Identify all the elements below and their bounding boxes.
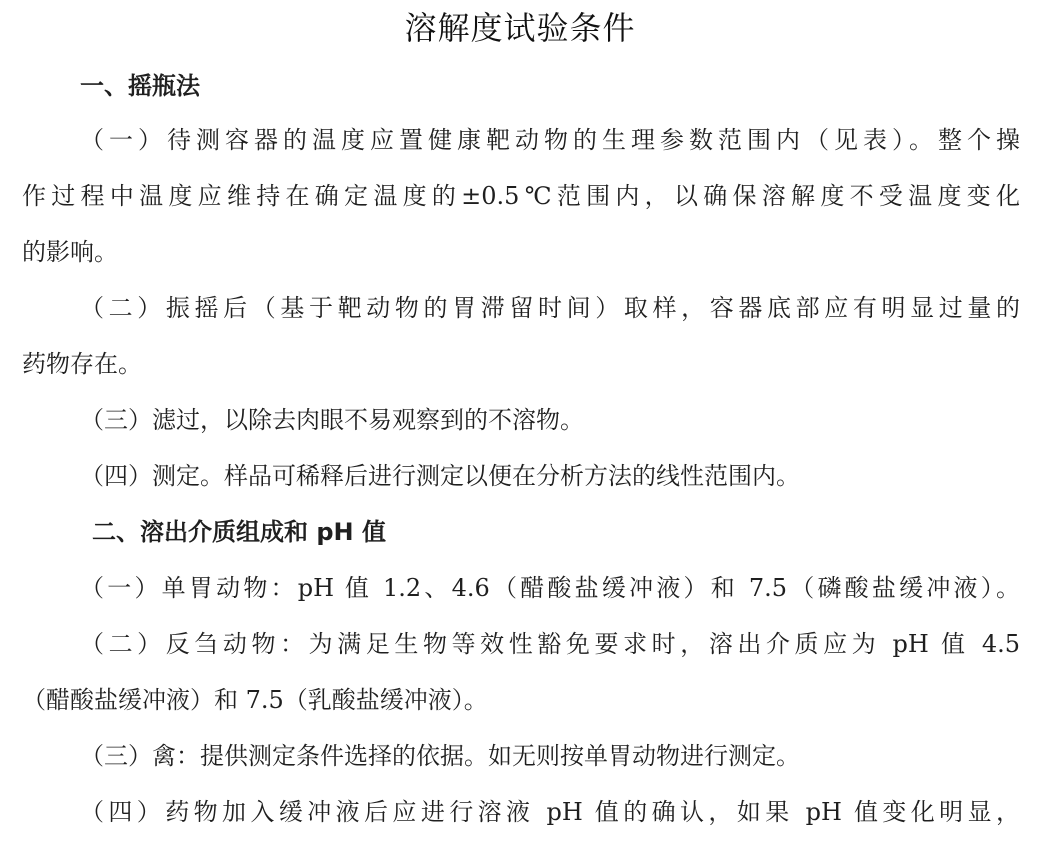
paragraph-line: （四）药物加入缓冲液后应进行溶液 pH 值的确认，如果 pH 值变化明显， [80,796,1020,828]
paragraph-line: 作过程中温度应维持在确定温度的±0.5℃范围内，以确保溶解度不受温度变化 [22,180,1020,212]
section-heading-dissolution-medium: 二、溶出介质组成和 pH 值 [92,516,386,548]
paragraph-line: （二）反刍动物：为满足生物等效性豁免要求时，溶出介质应为 pH 值 4.5 [80,628,1020,660]
document-title: 溶解度试验条件 [0,6,1040,50]
paragraph-line: 药物存在。 [22,348,142,380]
paragraph-line: （二）振摇后（基于靶动物的胃滞留时间）取样，容器底部应有明显过量的 [80,292,1020,324]
section-heading-shake-flask: 一、摇瓶法 [80,70,200,102]
paragraph-line: （三）禽：提供测定条件选择的依据。如无则按单胃动物进行测定。 [80,740,800,772]
paragraph-line: （一）单胃动物：pH 值 1.2、4.6（醋酸盐缓冲液）和 7.5（磷酸盐缓冲液… [80,572,1020,604]
paragraph-line: （一）待测容器的温度应置健康靶动物的生理参数范围内（见表）。整个操 [80,124,1020,156]
paragraph-line: 的影响。 [22,236,118,268]
paragraph-line: （三）滤过，以除去肉眼不易观察到的不溶物。 [80,404,584,436]
paragraph-line: （四）测定。样品可稀释后进行测定以便在分析方法的线性范围内。 [80,460,800,492]
paragraph-line: （醋酸盐缓冲液）和 7.5（乳酸盐缓冲液）。 [22,684,488,716]
